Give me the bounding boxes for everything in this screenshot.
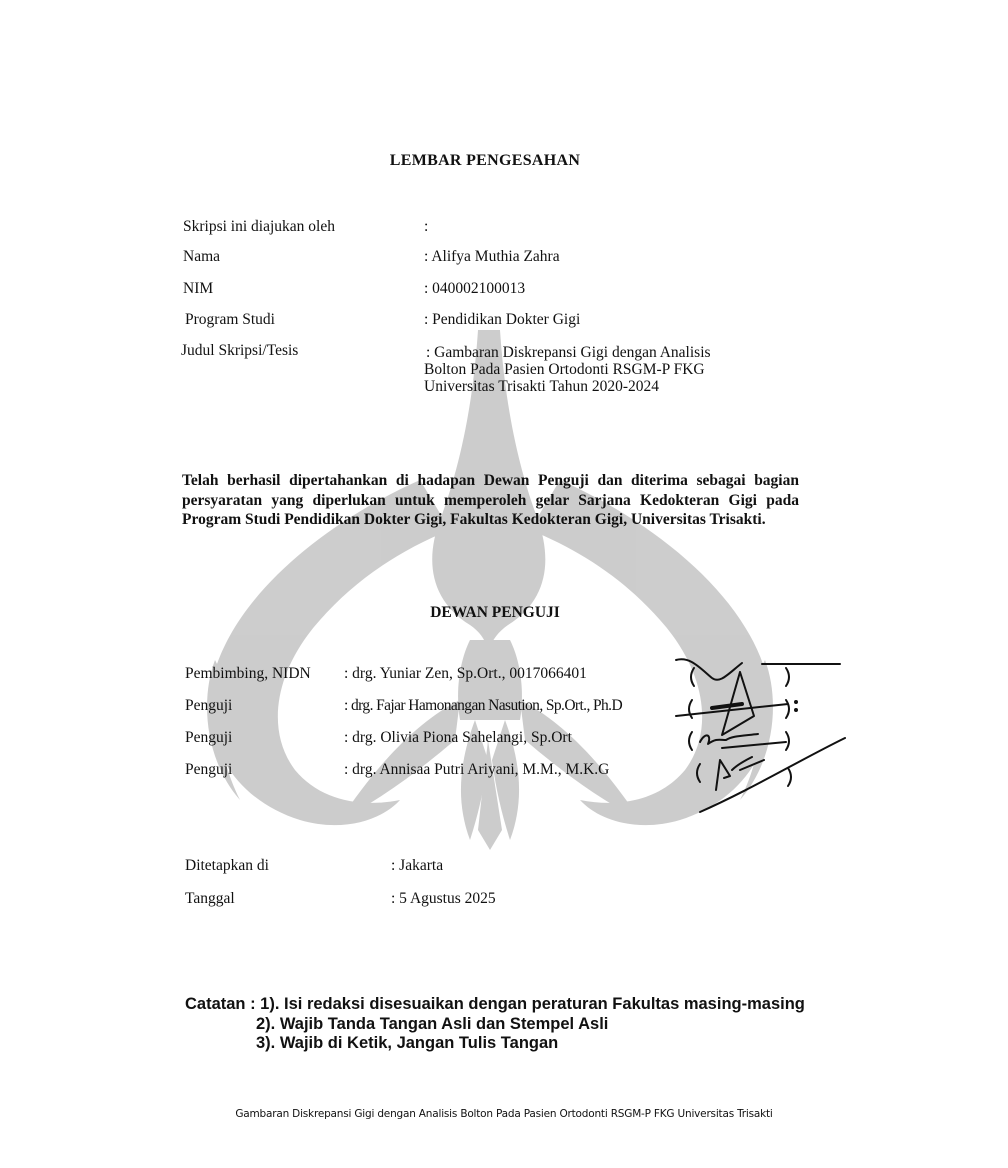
submitted-by-colon: : <box>424 218 428 236</box>
program-label: Program Studi <box>185 311 275 329</box>
examiner-role: Penguji <box>185 761 232 779</box>
thesis-title-label: Judul Skripsi/Tesis <box>181 342 298 360</box>
handwritten-signatures-icon <box>0 0 1008 1168</box>
examiner-name: : drg. Olivia Piona Sahelangi, Sp.Ort <box>344 729 572 747</box>
submitted-by-label: Skripsi ini diajukan oleh <box>183 218 335 236</box>
thesis-title-line-1: : Gambaran Diskrepansi Gigi dengan Anali… <box>424 344 711 361</box>
program-value: : Pendidikan Dokter Gigi <box>424 311 580 329</box>
note-item: 3). Wajib di Ketik, Jangan Tulis Tangan <box>185 1034 805 1054</box>
examiner-role: Pembimbing, NIDN <box>185 665 311 683</box>
thesis-title-value: : Gambaran Diskrepansi Gigi dengan Anali… <box>424 344 711 395</box>
page-title: LEMBAR PENGESAHAN <box>0 152 970 170</box>
thesis-title-line-2: Bolton Pada Pasien Ortodonti RSGM-P FKG <box>424 361 711 378</box>
date-value: : 5 Agustus 2025 <box>391 890 496 908</box>
approval-statement: Telah berhasil dipertahankan di hadapan … <box>182 471 799 530</box>
note-item: 2). Wajib Tanda Tangan Asli dan Stempel … <box>185 1015 805 1035</box>
place-label: Ditetapkan di <box>185 857 269 875</box>
name-value: : Alifya Muthia Zahra <box>424 248 560 266</box>
date-label: Tanggal <box>185 890 235 908</box>
examiner-name: : drg. Yuniar Zen, Sp.Ort., 0017066401 <box>344 665 587 683</box>
nim-label: NIM <box>183 280 213 298</box>
note-item: Catatan : 1). Isi redaksi disesuaikan de… <box>185 995 805 1015</box>
examiner-role: Penguji <box>185 697 232 715</box>
nim-value: : 040002100013 <box>424 280 525 298</box>
page-footer: Gambaran Diskrepansi Gigi dengan Analisi… <box>0 1108 1008 1120</box>
examiner-role: Penguji <box>185 729 232 747</box>
place-value: : Jakarta <box>391 857 443 875</box>
examiner-name: : drg. Annisaa Putri Ariyani, M.M., M.K.… <box>344 761 609 779</box>
examiner-name: : drg. Fajar Hamonangan Nasution, Sp.Ort… <box>344 697 622 715</box>
examiners-heading: DEWAN PENGUJI <box>0 604 990 622</box>
thesis-title-line-3: Universitas Trisakti Tahun 2020-2024 <box>424 378 711 395</box>
notes-block: Catatan : 1). Isi redaksi disesuaikan de… <box>185 995 805 1054</box>
name-label: Nama <box>183 248 220 266</box>
university-emblem-watermark-icon <box>0 0 1008 1168</box>
